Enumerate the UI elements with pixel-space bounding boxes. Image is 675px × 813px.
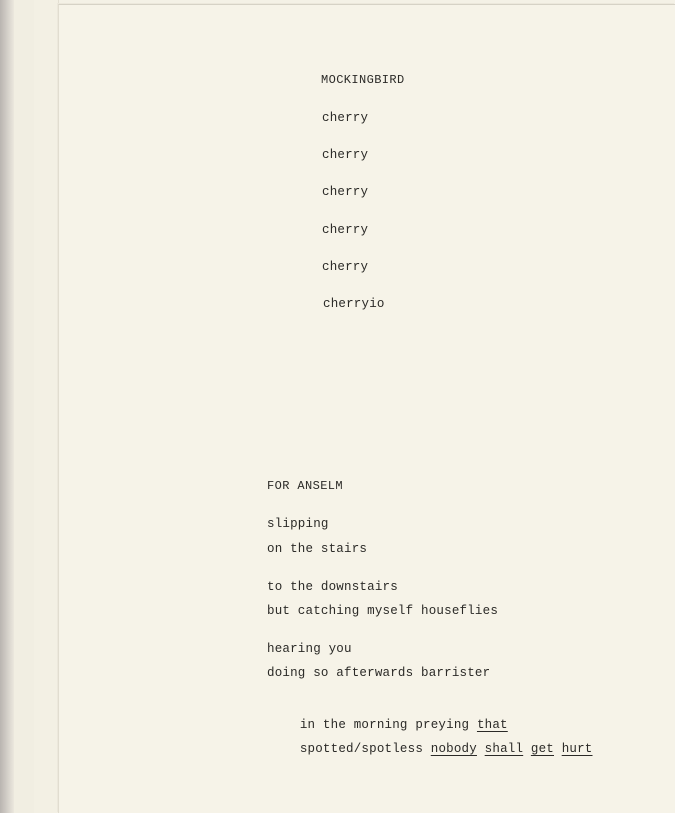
typewritten-page: MOCKINGBIRD cherry cherry cherry cherry … [58, 4, 675, 813]
underlined-word: hurt [562, 742, 593, 756]
poem-line: cherryio [323, 297, 385, 311]
poem-line: spotted/spotless nobody shall get hurt [269, 728, 593, 770]
page-edge [14, 0, 35, 813]
underlined-word: get [531, 742, 554, 756]
poem-line: cherry [322, 260, 368, 274]
poem-line: doing so afterwards barrister [267, 666, 490, 680]
underlined-word: shall [485, 742, 524, 756]
poem-line: to the downstairs [267, 580, 398, 594]
poem-line: cherry [322, 185, 368, 199]
poem-line: slipping [267, 517, 329, 531]
poem-line: hearing you [267, 642, 352, 656]
poem-line: cherry [322, 223, 368, 237]
book-spine-shadow [0, 0, 14, 813]
poem-line: cherry [322, 111, 368, 125]
poem-text: spotted/spotless [300, 742, 423, 756]
poem-title: MOCKINGBIRD [321, 73, 405, 87]
poem-line: cherry [322, 148, 368, 162]
underlined-word: nobody [431, 742, 477, 756]
poem-line: on the stairs [267, 542, 367, 556]
poem-line: but catching myself houseflies [267, 604, 498, 618]
poem-title: FOR ANSELM [267, 479, 343, 493]
